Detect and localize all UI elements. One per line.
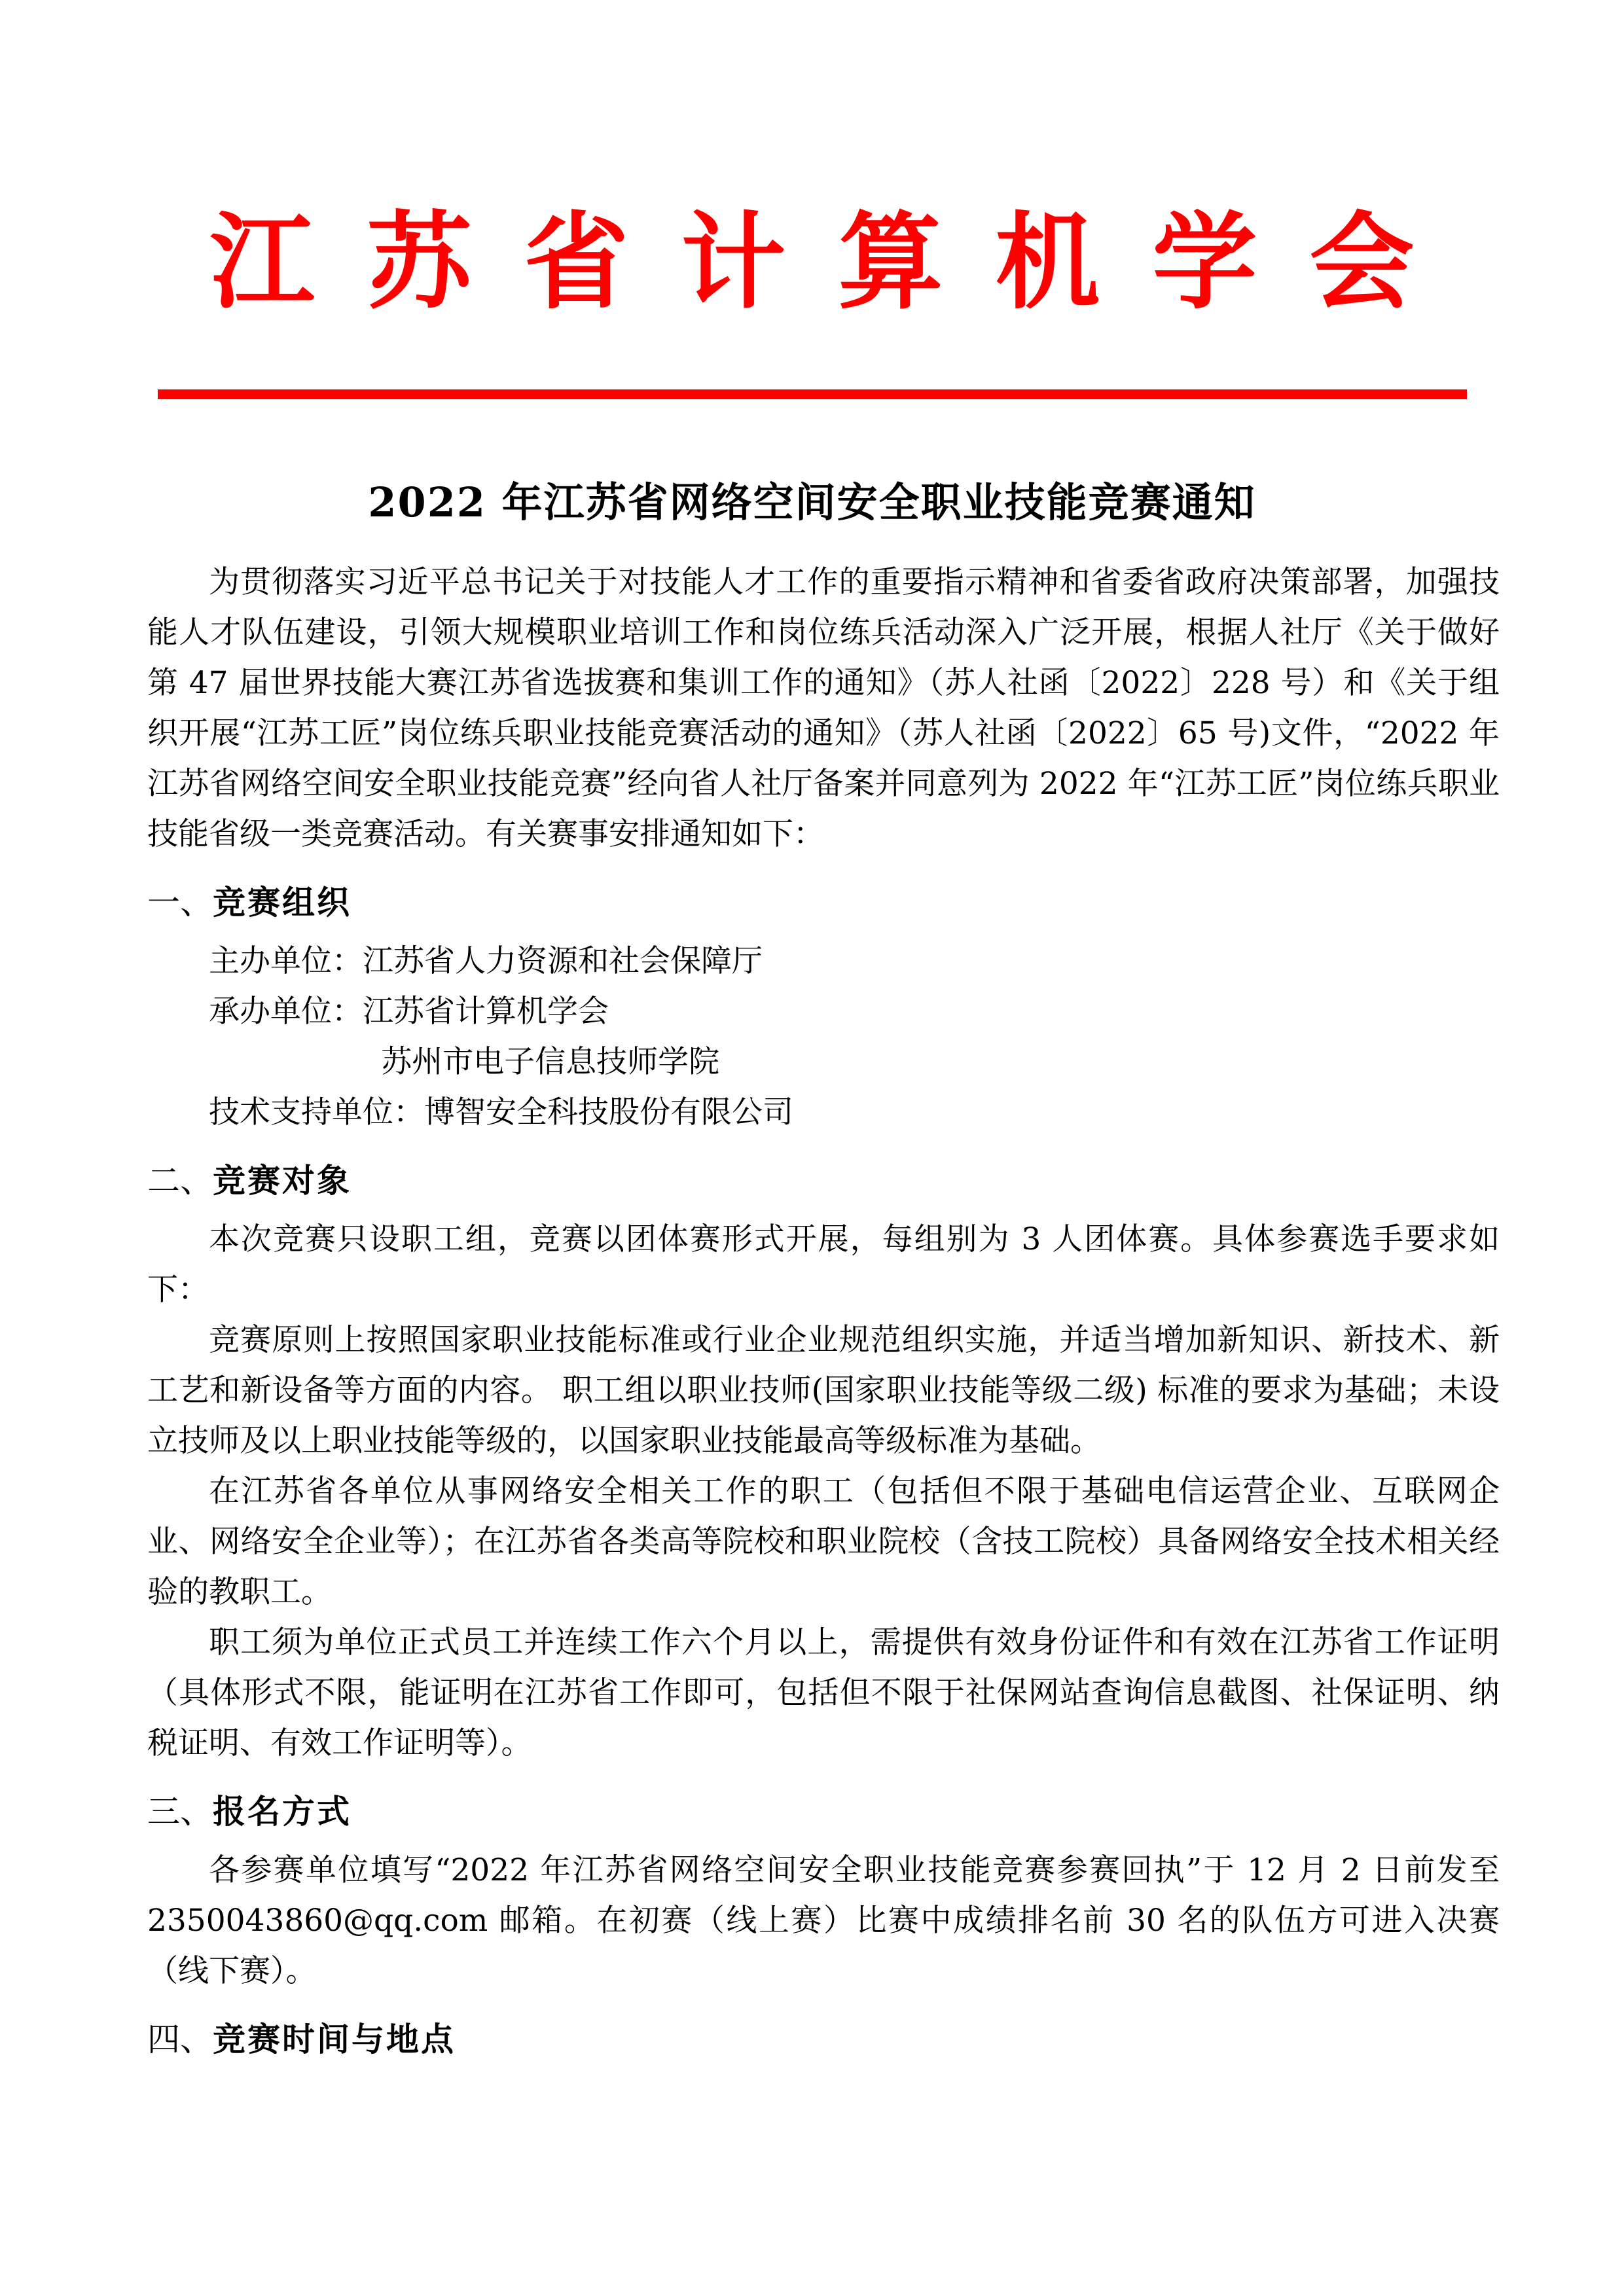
document-page: 江苏省计算机学会 2022 年江苏省网络空间安全职业技能竞赛通知 为贯彻落实习近… — [0, 0, 1624, 2296]
section-3-title: 报名方式 — [213, 1793, 352, 1831]
org-line-organizer-value: 江苏省计算机学会 — [363, 994, 609, 1030]
section-1-title: 竞赛组织 — [213, 884, 352, 922]
section-1-number: 一、 — [147, 884, 213, 922]
section-2-paragraph-2: 竞赛原则上按照国家职业技能标准或行业企业规范组织实施，并适当增加新知识、新技术、… — [147, 1315, 1500, 1466]
org-line-co-organizer-value: 苏州市电子信息技师学院 — [381, 1044, 719, 1080]
org-line-tech-support: 技术支持单位：博智安全科技股份有限公司 — [147, 1087, 1500, 1138]
document-body: 为贯彻落实习近平总书记关于对技能人才工作的重要指示精神和省委省政府决策部署，加强… — [147, 557, 1500, 2065]
org-line-organizer: 承办单位：江苏省计算机学会 — [147, 986, 1500, 1037]
org-line-co-organizer: 苏州市电子信息技师学院 — [147, 1037, 1500, 1087]
org-line-tech-support-label: 技术支持单位： — [209, 1094, 424, 1130]
section-3-number: 三、 — [147, 1793, 213, 1831]
section-2-number: 二、 — [147, 1162, 213, 1200]
org-line-tech-support-value: 博智安全科技股份有限公司 — [424, 1094, 793, 1130]
org-line-host-label: 主办单位： — [209, 943, 363, 979]
section-heading-1: 一、竞赛组织 — [147, 878, 1500, 928]
org-line-host: 主办单位：江苏省人力资源和社会保障厅 — [147, 936, 1500, 986]
section-4-title: 竞赛时间与地点 — [213, 2020, 456, 2058]
org-line-host-value: 江苏省人力资源和社会保障厅 — [363, 943, 763, 979]
section-2-title: 竞赛对象 — [213, 1162, 352, 1200]
letterhead-rule — [158, 389, 1467, 399]
section-4-number: 四、 — [147, 2020, 213, 2058]
section-heading-4: 四、竞赛时间与地点 — [147, 2015, 1500, 2065]
section-heading-3: 三、报名方式 — [147, 1787, 1500, 1837]
document-title: 2022 年江苏省网络空间安全职业技能竞赛通知 — [92, 475, 1532, 531]
section-2-paragraph-3: 在江苏省各单位从事网络安全相关工作的职工（包括但不限于基础电信运营企业、互联网企… — [147, 1466, 1500, 1617]
letterhead-org-name: 江苏省计算机学会 — [0, 196, 1624, 327]
section-3-paragraph-1: 各参赛单位填写“2022 年江苏省网络空间安全职业技能竞赛参赛回执”于 12 月… — [147, 1845, 1500, 1996]
section-2-paragraph-1: 本次竞赛只设职工组，竞赛以团体赛形式开展，每组别为 3 人团体赛。具体参赛选手要… — [147, 1214, 1500, 1315]
section-2-paragraph-4: 职工须为单位正式员工并连续工作六个月以上，需提供有效身份证件和有效在江苏省工作证… — [147, 1617, 1500, 1768]
org-line-organizer-label: 承办单位： — [209, 994, 363, 1030]
section-heading-2: 二、竞赛对象 — [147, 1156, 1500, 1206]
intro-paragraph: 为贯彻落实习近平总书记关于对技能人才工作的重要指示精神和省委省政府决策部署，加强… — [147, 557, 1500, 859]
